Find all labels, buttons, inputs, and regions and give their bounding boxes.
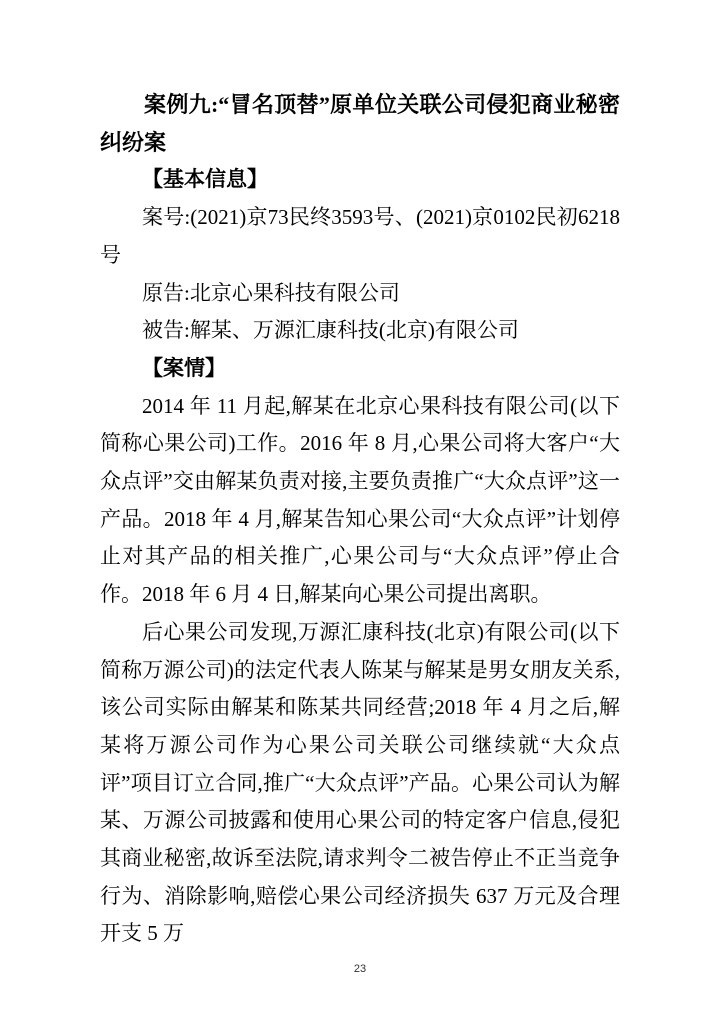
document-title: 案例九:“冒名顶替”原单位关联公司侵犯商业秘密纠纷案 — [100, 86, 620, 161]
case-number-line: 案号:(2021)京73民终3593号、(2021)京0102民初6218号 — [100, 199, 620, 274]
plaintiff-line: 原告:北京心果科技有限公司 — [100, 275, 620, 313]
section-heading-basic-info: 【基本信息】 — [100, 161, 620, 199]
defendant-line: 被告:解某、万源汇康科技(北京)有限公司 — [100, 312, 620, 350]
page-number: 23 — [354, 963, 366, 975]
section-heading-case-facts: 【案情】 — [100, 350, 620, 388]
document-page: 案例九:“冒名顶替”原单位关联公司侵犯商业秘密纠纷案 【基本信息】 案号:(20… — [0, 0, 720, 1018]
page-footer: 23 — [0, 963, 720, 975]
case-facts-paragraph-2: 后心果公司发现,万源汇康科技(北京)有限公司(以下简称万源公司)的法定代表人陈某… — [100, 614, 620, 953]
case-facts-paragraph-1: 2014 年 11 月起,解某在北京心果科技有限公司(以下简称心果公司)工作。2… — [100, 388, 620, 614]
